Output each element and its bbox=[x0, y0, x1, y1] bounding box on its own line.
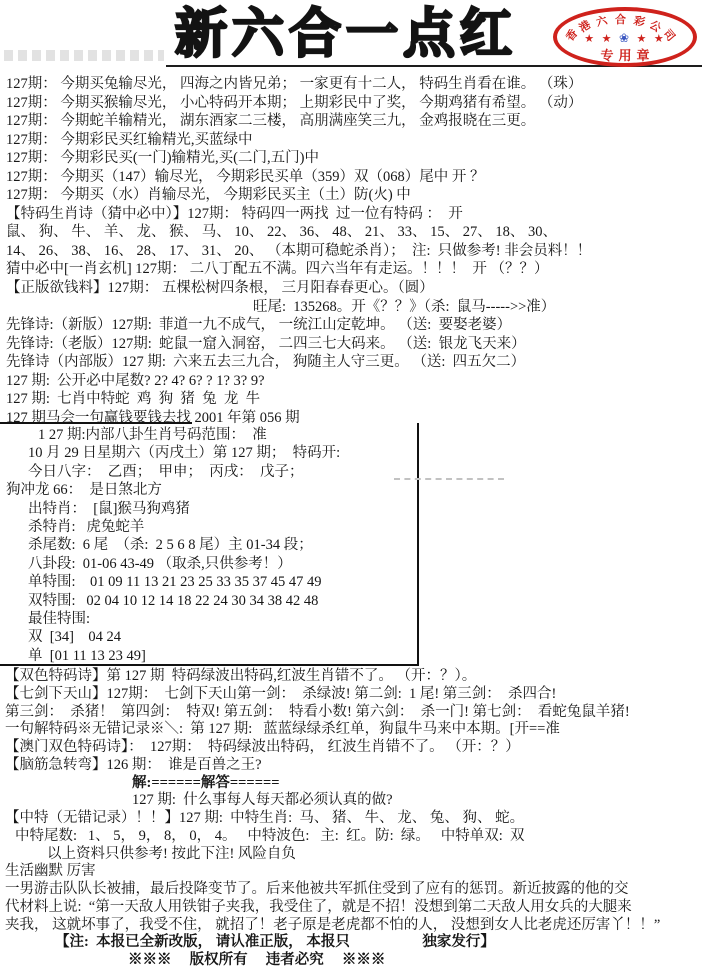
text-line: 狗冲龙 66： 是日煞北方 bbox=[0, 481, 417, 499]
text-line: 以上资料只供参考! 按此下注! 风险自负 bbox=[0, 846, 711, 864]
text-line: 解:======解答====== bbox=[0, 775, 711, 793]
text-line: 【澳门双色特码诗】： 127期： 特码绿波出特码， 红波生肖错不了。 （开：？） bbox=[0, 739, 711, 757]
scan-dash-artifact bbox=[394, 478, 504, 480]
faded-ghost-text bbox=[4, 50, 164, 61]
text-line: 127期： 今期买（147）输尽光， 今期彩民买单（359）双（068）尾中 开… bbox=[0, 168, 711, 187]
text-line: 127期： 今期买猴输尽光， 小心特码开本期； 上期彩民中了奖， 今期鸡猪有希望… bbox=[0, 94, 711, 113]
text-line: 【特码生肖诗（猜中必中）】127期： 特码四一两找 过一位有特码 ： 开 bbox=[0, 205, 711, 224]
text-line: 【双色特码诗】第 127 期 特码绿波出特码,红波生肖错不了。 （开：？）。 bbox=[0, 668, 711, 686]
text-line: 先锋诗:（新版）127期: 菲道一九不成气， 一统江山定乾坤。 （送: 要娶老婆… bbox=[0, 316, 711, 335]
flower-icon: ❀ bbox=[619, 31, 631, 45]
text-line: 双 [34] 04 24 bbox=[0, 628, 417, 646]
text-line: 杀尾数: 6 尾 （杀: 2 5 6 8 尾）主 01-34 段； bbox=[0, 536, 417, 554]
eight-trigram-box: 1 27 期:内部八卦生肖号码范围： 准10 月 29 日星期六（丙戌土）第 1… bbox=[0, 423, 419, 666]
stamp-arc-char: 彩 bbox=[632, 12, 647, 30]
text-line: 先锋诗（内部版）127 期: 六来五去三九合， 狗随主人守三更。 （送: 四五欠… bbox=[0, 353, 711, 372]
lower-section: 【双色特码诗】第 127 期 特码绿波出特码,红波生肖错不了。 （开：？）。【七… bbox=[0, 668, 711, 970]
text-line: 10 月 29 日星期六（丙戌土）第 127 期； 特码开: bbox=[0, 444, 417, 462]
stamp-stars-row: ★ ★ ❀ ★ ★ bbox=[557, 31, 693, 45]
text-line: 猜中必中[一肖玄机] 127期： 二八丁配五不满。四六当年有走运。！！！ 开 （… bbox=[0, 260, 711, 279]
text-line: 杀特肖: 虎兔蛇羊 bbox=[0, 518, 417, 536]
text-line: 先锋诗:（老版）127期: 蛇鼠一窟入洞窑， 二四三七大码来。 （送: 银龙飞天… bbox=[0, 335, 711, 354]
text-line: 第三剑： 杀猪！ 第四剑： 特双! 第五剑： 特看小数! 第六剑： 杀一门! 第… bbox=[0, 704, 711, 722]
text-line: 今日八字： 乙酉； 甲申； 丙戌： 戊子； bbox=[0, 463, 417, 481]
text-line: 127期： 今期买兔输尽光， 四海之内皆兄弟； 一家更有十二人， 特码生肖看在谁… bbox=[0, 75, 711, 94]
text-line: 127期： 今期彩民买(一门)输精光,买(二门,五门)中 bbox=[0, 149, 711, 168]
text-line: 一句解特码※无错记录※＼: 第 127 期: 蓝蓝绿绿杀红单，狗鼠牛马来中本期。… bbox=[0, 721, 711, 739]
text-line: 【正版欲钱料】127期： 五棵松树四条根， 三月阳春春更心。（圆） bbox=[0, 279, 711, 298]
stars-left-icon: ★ ★ bbox=[584, 32, 613, 45]
text-line: 出特肖： [鼠]猴马狗鸡猪 bbox=[0, 500, 417, 518]
text-line: 生活幽默 厉害 bbox=[0, 863, 711, 881]
text-line: 127期： 今期买（水）肖输尽光， 今期彩民买主（土）防(火) 中 bbox=[0, 186, 711, 205]
text-line: 127 期: 什么事每人每天都必须认真的做? bbox=[0, 792, 711, 810]
predictions-section: 127期： 今期买兔输尽光， 四海之内皆兄弟； 一家更有十二人， 特码生肖看在谁… bbox=[0, 75, 711, 427]
eight-trigram-box-lines: 1 27 期:内部八卦生肖号码范围： 准10 月 29 日星期六（丙戌土）第 1… bbox=[0, 426, 417, 665]
text-line: 八卦段: 01-06 43-49 （取杀,只供参考！） bbox=[0, 555, 417, 573]
text-line: ※※※ 版权所有 违者必究 ※※※ bbox=[0, 952, 711, 970]
text-line: 一男游击队队长被捕，最后投降变节了。后来他被共军抓住受到了应有的惩罚。新近披露的… bbox=[0, 881, 711, 899]
text-line: 127期： 今期彩民买红输精光,买蓝绿中 bbox=[0, 131, 711, 150]
text-line: 14、 26、 38、 16、 28、 17、 31、 20、 （本期可稳蛇杀肖… bbox=[0, 242, 711, 261]
text-line: 双特围: 02 04 10 12 14 18 22 24 30 34 38 42… bbox=[0, 592, 417, 610]
text-line: 127期： 今期蛇羊输精光， 湖东酒家二三楼， 高朋满座笑三九， 金鸡报晓在三更… bbox=[0, 112, 711, 131]
text-line: 【脑筋急转弯】126 期： 谁是百兽之王? bbox=[0, 757, 711, 775]
text-line: 代材料上说: “第一天敌人用铁钳子夹我，我受住了，就是不招！没想到第二天敌人用女… bbox=[0, 899, 711, 917]
text-line: 1 27 期:内部八卦生肖号码范围： 准 bbox=[0, 426, 417, 444]
text-line: 鼠、 狗、 牛、 羊、 龙、 猴、 马、 10、 22、 36、 48、 21、… bbox=[0, 223, 711, 242]
page-title: 新六合一点红 bbox=[175, 3, 517, 64]
text-line: 夹我， 这就坏事了，我受不住， 就招了！老子原是老虎都不怕的人， 没想到女人比老… bbox=[0, 917, 711, 935]
text-line: 【注: 本报已全新改版， 请认准正版， 本报只 独家发行】 bbox=[0, 934, 711, 952]
text-line: 最佳特围: bbox=[0, 610, 417, 628]
stamp-arc-char: 合 bbox=[615, 11, 626, 27]
text-line: 【七剑下天山】127期： 七剑下天山第一剑： 杀绿波! 第二剑: 1 尾! 第三… bbox=[0, 686, 711, 704]
lottery-tip-sheet: 新六合一点红 香港六合彩公司 ★ ★ ❀ ★ ★ 专用章 127期： 今期买兔输… bbox=[0, 0, 711, 970]
text-line: 127 期: 七肖中特蛇 鸡 狗 猪 兔 龙 牛 bbox=[0, 390, 711, 409]
stamp-label: 专用章 bbox=[557, 45, 693, 64]
text-line: 旺尾: 135268。开《？？》（杀: 鼠马----->>准） bbox=[0, 298, 711, 317]
text-line: 127 期: 公开必中尾数? 2? 4? 6? ? 1? 3? 9? bbox=[0, 372, 711, 391]
text-line: 中特尾数: 1、 5， 9， 8， 0， 4。 中特波色: 主: 红。防: 绿。… bbox=[0, 828, 711, 846]
text-line: 单特围: 01 09 11 13 21 23 25 33 35 37 45 47… bbox=[0, 573, 417, 591]
company-stamp: 香港六合彩公司 ★ ★ ❀ ★ ★ 专用章 bbox=[553, 7, 697, 67]
stamp-arc-char: 六 bbox=[594, 12, 609, 30]
text-line: 单 [01 11 13 23 49] bbox=[0, 647, 417, 665]
stars-right-icon: ★ ★ bbox=[637, 32, 666, 45]
text-line: 【中特（无错记录）！！】127 期: 中特生肖: 马、 猪、 牛、 龙、 兔、 … bbox=[0, 810, 711, 828]
